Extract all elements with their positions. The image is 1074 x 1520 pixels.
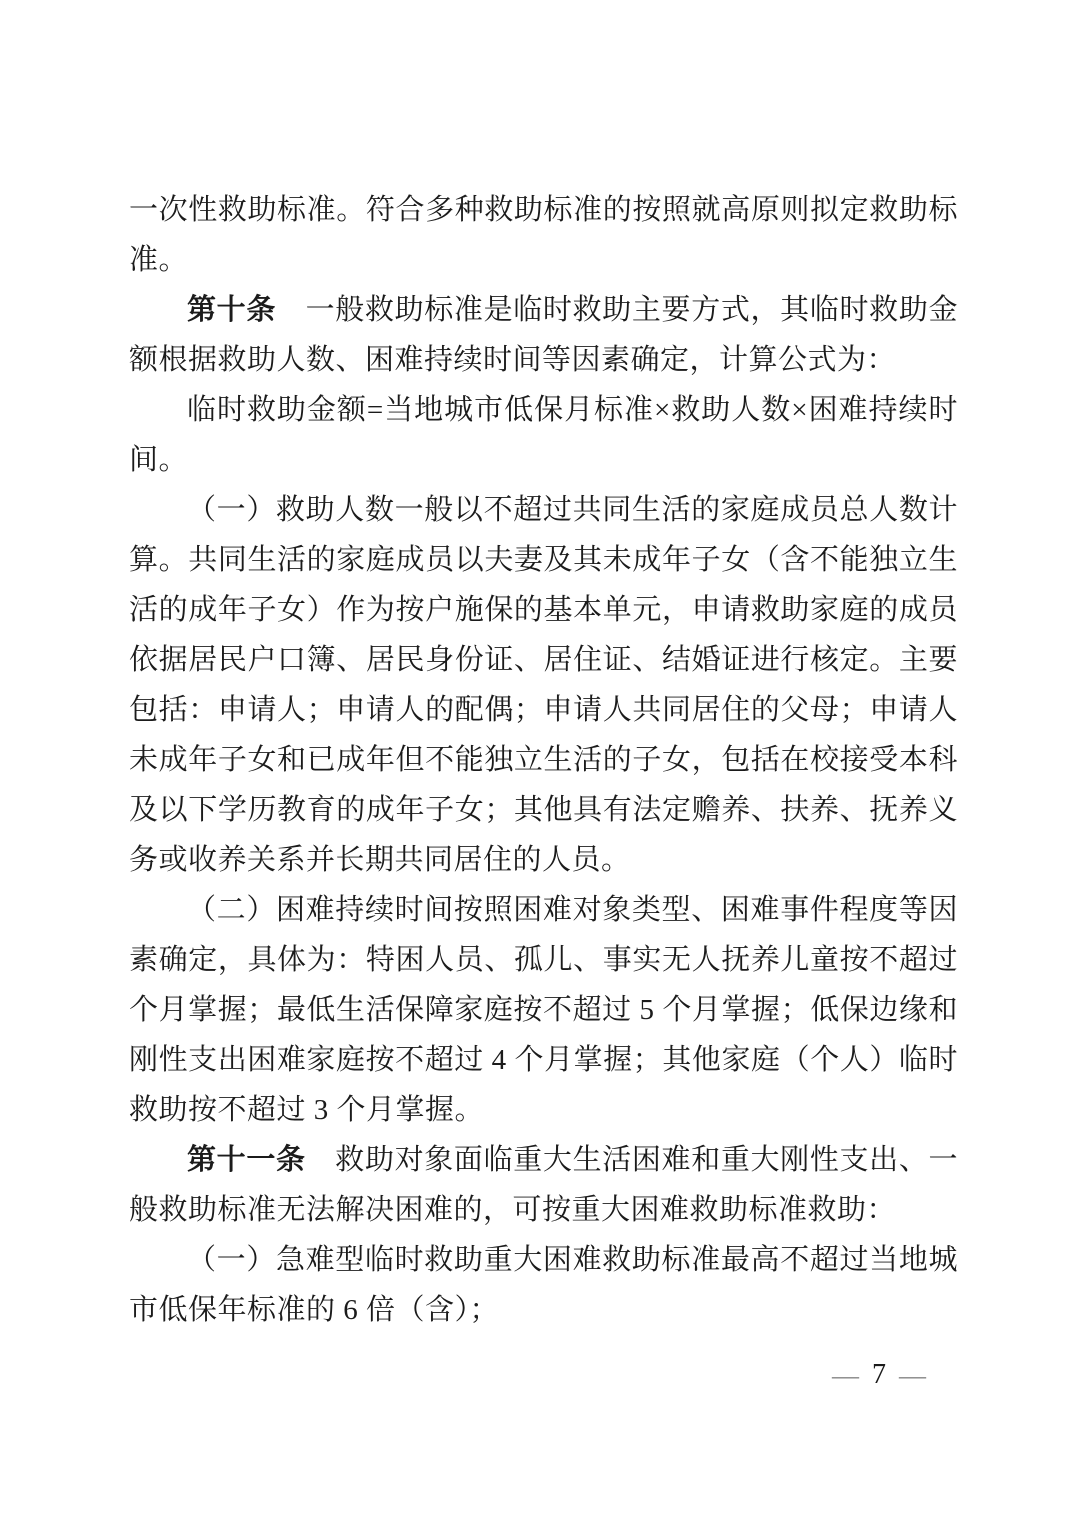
text-segment: 包括：申请人；申请人的配偶；申请人共同居住的父母；申请人 xyxy=(129,694,958,726)
text-segment: 救助对象面临重大生活困难和重大刚性支出、一 xyxy=(306,1144,958,1176)
text-segment: 额根据救助人数、困难持续时间等因素确定，计算公式为： xyxy=(129,344,896,376)
text-segment: 准。 xyxy=(129,244,188,276)
text-line: 素确定，具体为：特困人员、孤儿、事实无人抚养儿童按不超过 6 xyxy=(129,935,958,985)
text-segment: 一次性救助标准。符合多种救助标准的按照就高原则拟定救助标 xyxy=(129,194,958,226)
text-line: 及以下学历教育的成年子女；其他具有法定赡养、扶养、抚养义 xyxy=(129,785,958,835)
page-footer: — 7 — xyxy=(832,1358,926,1392)
text-line: 般救助标准无法解决困难的，可按重大困难救助标准救助： xyxy=(129,1185,958,1235)
text-segment: （一）急难型临时救助重大困难救助标准最高不超过当地城 xyxy=(187,1244,958,1276)
text-line: 依据居民户口簿、居民身份证、居住证、结婚证进行核定。主要 xyxy=(129,635,958,685)
page-number: 7 xyxy=(872,1358,886,1392)
text-segment: 及以下学历教育的成年子女；其他具有法定赡养、扶养、抚养义 xyxy=(129,794,958,826)
text-segment: 未成年子女和已成年但不能独立生活的子女，包括在校接受本科 xyxy=(129,744,958,776)
text-line: 救助按不超过 3 个月掌握。 xyxy=(129,1085,958,1135)
footer-dash-left: — xyxy=(832,1358,859,1392)
text-line: 未成年子女和已成年但不能独立生活的子女，包括在校接受本科 xyxy=(129,735,958,785)
text-line: 额根据救助人数、困难持续时间等因素确定，计算公式为： xyxy=(129,335,958,385)
text-line: （一）急难型临时救助重大困难救助标准最高不超过当地城 xyxy=(129,1235,958,1285)
text-segment: （二）困难持续时间按照困难对象类型、困难事件程度等因 xyxy=(187,894,958,926)
text-segment: 依据居民户口簿、居民身份证、居住证、结婚证进行核定。主要 xyxy=(129,644,958,676)
text-segment: 临时救助金额=当地城市低保月标准×救助人数×困难持续时 xyxy=(187,394,958,426)
text-segment: 间。 xyxy=(129,444,188,476)
text-segment: （一）救助人数一般以不超过共同生活的家庭成员总人数计 xyxy=(187,494,958,526)
text-line: 第十条 一般救助标准是临时救助主要方式，其临时救助金 xyxy=(129,285,958,335)
article-number: 第十条 xyxy=(187,294,276,326)
text-line: 一次性救助标准。符合多种救助标准的按照就高原则拟定救助标 xyxy=(129,185,958,235)
text-line: 活的成年子女）作为按户施保的基本单元，申请救助家庭的成员 xyxy=(129,585,958,635)
text-line: 刚性支出困难家庭按不超过 4 个月掌握；其他家庭（个人）临时 xyxy=(129,1035,958,1085)
text-line: 个月掌握；最低生活保障家庭按不超过 5 个月掌握；低保边缘和 xyxy=(129,985,958,1035)
text-line: 包括：申请人；申请人的配偶；申请人共同居住的父母；申请人 xyxy=(129,685,958,735)
text-segment: 个月掌握；最低生活保障家庭按不超过 5 个月掌握；低保边缘和 xyxy=(129,994,958,1026)
footer-dash-right: — xyxy=(899,1358,926,1392)
text-segment: 市低保年标准的 6 倍（含）； xyxy=(129,1294,499,1326)
document-body: 一次性救助标准。符合多种救助标准的按照就高原则拟定救助标准。第十条 一般救助标准… xyxy=(129,185,958,1335)
text-line: 临时救助金额=当地城市低保月标准×救助人数×困难持续时 xyxy=(129,385,958,435)
text-segment: 一般救助标准是临时救助主要方式，其临时救助金 xyxy=(276,294,958,326)
text-line: 第十一条 救助对象面临重大生活困难和重大刚性支出、一 xyxy=(129,1135,958,1185)
text-segment: 救助按不超过 3 个月掌握。 xyxy=(129,1094,484,1126)
text-line: （二）困难持续时间按照困难对象类型、困难事件程度等因 xyxy=(129,885,958,935)
text-line: （一）救助人数一般以不超过共同生活的家庭成员总人数计 xyxy=(129,485,958,535)
article-number: 第十一条 xyxy=(187,1144,306,1176)
text-line: 算。共同生活的家庭成员以夫妻及其未成年子女（含不能独立生 xyxy=(129,535,958,585)
text-segment: 务或收养关系并长期共同居住的人员。 xyxy=(129,844,631,876)
text-segment: 活的成年子女）作为按户施保的基本单元，申请救助家庭的成员 xyxy=(129,594,958,626)
text-segment: 刚性支出困难家庭按不超过 4 个月掌握；其他家庭（个人）临时 xyxy=(129,1044,958,1076)
text-line: 间。 xyxy=(129,435,958,485)
text-line: 准。 xyxy=(129,235,958,285)
text-line: 市低保年标准的 6 倍（含）； xyxy=(129,1285,958,1335)
text-segment: 般救助标准无法解决困难的，可按重大困难救助标准救助： xyxy=(129,1194,896,1226)
text-segment: 素确定，具体为：特困人员、孤儿、事实无人抚养儿童按不超过 6 xyxy=(129,944,958,985)
text-line: 务或收养关系并长期共同居住的人员。 xyxy=(129,835,958,885)
text-segment: 算。共同生活的家庭成员以夫妻及其未成年子女（含不能独立生 xyxy=(129,544,958,576)
